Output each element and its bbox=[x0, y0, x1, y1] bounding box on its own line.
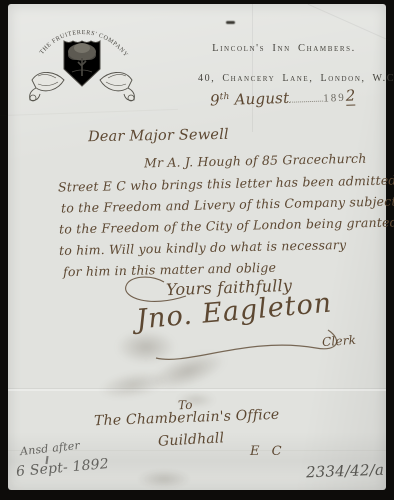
reference-number: 2334/42/a bbox=[306, 461, 385, 482]
body-line: to the Freedom and Livery of this Compan… bbox=[61, 193, 394, 215]
printed-year: 189 bbox=[323, 92, 346, 105]
crease-vertical-top bbox=[252, 4, 253, 132]
crease-diagonal-topright bbox=[308, 4, 391, 42]
signer-title: Clerk bbox=[322, 333, 357, 349]
date-month: August bbox=[234, 89, 289, 109]
ink-smudge bbox=[96, 366, 169, 404]
address-district: E C bbox=[250, 444, 286, 459]
address-hall: Guildhall bbox=[158, 430, 225, 449]
ink-spot bbox=[226, 21, 235, 24]
crest-ribbon-left bbox=[30, 72, 64, 101]
body-line: to the Freedom of the City of London bei… bbox=[59, 214, 394, 236]
fruiterers-company-crest: THE FRUITERERS' COMPANY bbox=[26, 14, 138, 114]
ink-smudge bbox=[136, 470, 192, 488]
letter-paper: THE FRUITERERS' COMPANY bbox=[8, 4, 386, 490]
printed-rule bbox=[289, 87, 324, 103]
crest-ribbon-right bbox=[100, 72, 134, 101]
date-day: 9 bbox=[210, 91, 220, 109]
address-office: The Chamberlain's Office bbox=[94, 407, 280, 429]
scanned-letter: THE FRUITERERS' COMPANY bbox=[0, 0, 394, 500]
body-line: Mr A. J. Hough of 85 Gracechurch bbox=[144, 151, 367, 171]
letterhead-chambers: Lincoln's Inn Chambers. bbox=[184, 43, 384, 54]
salutation: Dear Major Sewell bbox=[88, 127, 229, 145]
letterhead-address: 40, Chancery Lane, London, W.C. bbox=[198, 73, 394, 84]
body-line: Street E C who brings this letter has be… bbox=[58, 172, 394, 194]
year-digit: 2 bbox=[345, 86, 355, 105]
pencil-note-date: 6 Sept- 1892 bbox=[15, 456, 109, 480]
date-line: 9th August1892 bbox=[210, 85, 356, 109]
date-day-suffix: th bbox=[220, 92, 230, 102]
body-line: to him. Will you kindly do what is neces… bbox=[59, 237, 347, 258]
crease-fold-highlight bbox=[8, 389, 386, 391]
pencil-note-answered: Ansd after bbox=[19, 439, 80, 458]
